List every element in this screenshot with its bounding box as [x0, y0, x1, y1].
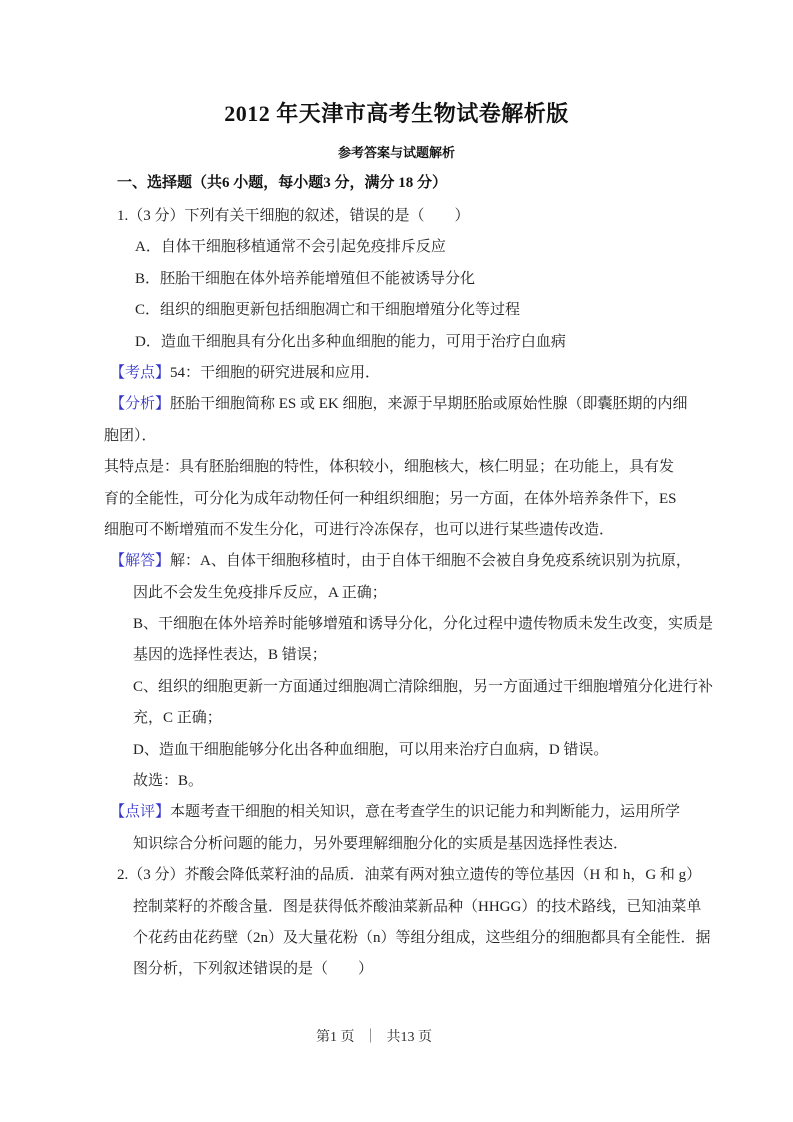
kaodian-text: 54：干细胞的研究进展和应用．: [170, 365, 380, 381]
q1-dianping-line-2: 知识综合分析问题的能力，另外要理解细胞分化的实质是基因选择性表达．: [104, 829, 704, 860]
q1-stem: 1.（3 分）下列有关干细胞的叙述，错误的是（ ）: [104, 201, 704, 232]
q1-fenxi-line-4: 育的全能性，可分化为成年动物任何一种组织细胞；另一方面，在体外培养条件下，ES: [104, 484, 704, 515]
fenxi-text-1: 胚胎干细胞简称 ES 或 EK 细胞，来源于早期胚胎或原始性腺（即囊胚期的内细: [170, 396, 688, 412]
page-separator: ｜: [364, 1030, 378, 1045]
jieda-label: 【解答】: [110, 553, 170, 569]
page-indicator: 第1 页｜共13 页: [316, 1030, 432, 1047]
q1-jieda-line-2: 因此不会发生免疫排斥反应，A 正确；: [104, 578, 704, 609]
section-heading: 一、选择题（共6 小题，每小题3 分，满分 18 分）: [117, 174, 447, 192]
page-current: 第1 页: [316, 1030, 355, 1045]
q1-fenxi-line-1: 【分析】胚胎干细胞简称 ES 或 EK 细胞，来源于早期胚胎或原始性腺（即囊胚期…: [104, 389, 704, 420]
q1-jieda-line-5: C、组织的细胞更新一方面通过细胞凋亡清除细胞，另一方面通过干细胞增殖分化进行补: [104, 672, 704, 703]
q2-stem-line-4: 图分析，下列叙述错误的是（ ）: [104, 954, 704, 985]
q2-stem-line-2: 控制菜籽的芥酸含量．图是获得低芥酸油菜新品种（HHGG）的技术路线，已知油菜单: [104, 892, 704, 923]
q2-stem-line-3: 个花药由花药壁（2n）及大量花粉（n）等组分组成，这些组分的细胞都具有全能性．据: [104, 923, 704, 954]
dianping-label: 【点评】: [110, 804, 170, 820]
exam-subtitle: 参考答案与试题解析: [0, 146, 793, 160]
q1-kaodian-line: 【考点】54：干细胞的研究进展和应用．: [104, 358, 704, 389]
q1-jieda-line-7: D、造血干细胞能够分化出各种血细胞，可以用来治疗白血病，D 错误。: [104, 735, 704, 766]
q1-jieda-line-6: 充，C 正确；: [104, 703, 704, 734]
q1-jieda-line-3: B、干细胞在体外培养时能够增殖和诱导分化，分化过程中遗传物质未发生改变，实质是: [104, 609, 704, 640]
kaodian-label: 【考点】: [110, 365, 170, 381]
q1-answer-line: 故选：B。: [104, 766, 704, 797]
q1-dianping-line-1: 【点评】本题考查干细胞的相关知识，意在考查学生的识记能力和判断能力，运用所学: [104, 797, 704, 828]
q1-fenxi-line-3: 其特点是：具有胚胎细胞的特性，体积较小，细胞核大，核仁明显；在功能上，具有发: [104, 452, 704, 483]
document-body: 1.（3 分）下列有关干细胞的叙述，错误的是（ ） A．自体干细胞移植通常不会引…: [104, 201, 704, 986]
q1-jieda-line-4: 基因的选择性表达，B 错误；: [104, 640, 704, 671]
q1-fenxi-line-2: 胞团）．: [104, 421, 704, 452]
exam-title: 2012 年天津市高考生物试卷解析版: [0, 101, 793, 126]
q1-option-d: D．造血干细胞具有分化出多种血细胞的能力，可用于治疗白血病: [104, 327, 704, 358]
document-page: 2012 年天津市高考生物试卷解析版 参考答案与试题解析 一、选择题（共6 小题…: [0, 0, 793, 1122]
fenxi-label: 【分析】: [110, 396, 170, 412]
page-total: 共13 页: [387, 1030, 433, 1045]
q1-option-a: A．自体干细胞移植通常不会引起免疫排斥反应: [104, 232, 704, 263]
dianping-text-1: 本题考查干细胞的相关知识，意在考查学生的识记能力和判断能力，运用所学: [170, 804, 680, 820]
q2-stem-line-1: 2.（3 分）芥酸会降低菜籽油的品质．油菜有两对独立遗传的等位基因（H 和 h，…: [104, 860, 704, 891]
q1-jieda-line-1: 【解答】解：A、自体干细胞移植时，由于自体干细胞不会被自身免疫系统识别为抗原，: [104, 546, 704, 577]
q1-option-b: B．胚胎干细胞在体外培养能增殖但不能被诱导分化: [104, 264, 704, 295]
q1-option-c: C．组织的细胞更新包括细胞凋亡和干细胞增殖分化等过程: [104, 295, 704, 326]
q1-fenxi-line-5: 细胞可不断增殖而不发生分化，可进行冷冻保存，也可以进行某些遗传改造．: [104, 515, 704, 546]
jieda-text-1: 解：A、自体干细胞移植时，由于自体干细胞不会被自身免疫系统识别为抗原，: [170, 553, 691, 569]
